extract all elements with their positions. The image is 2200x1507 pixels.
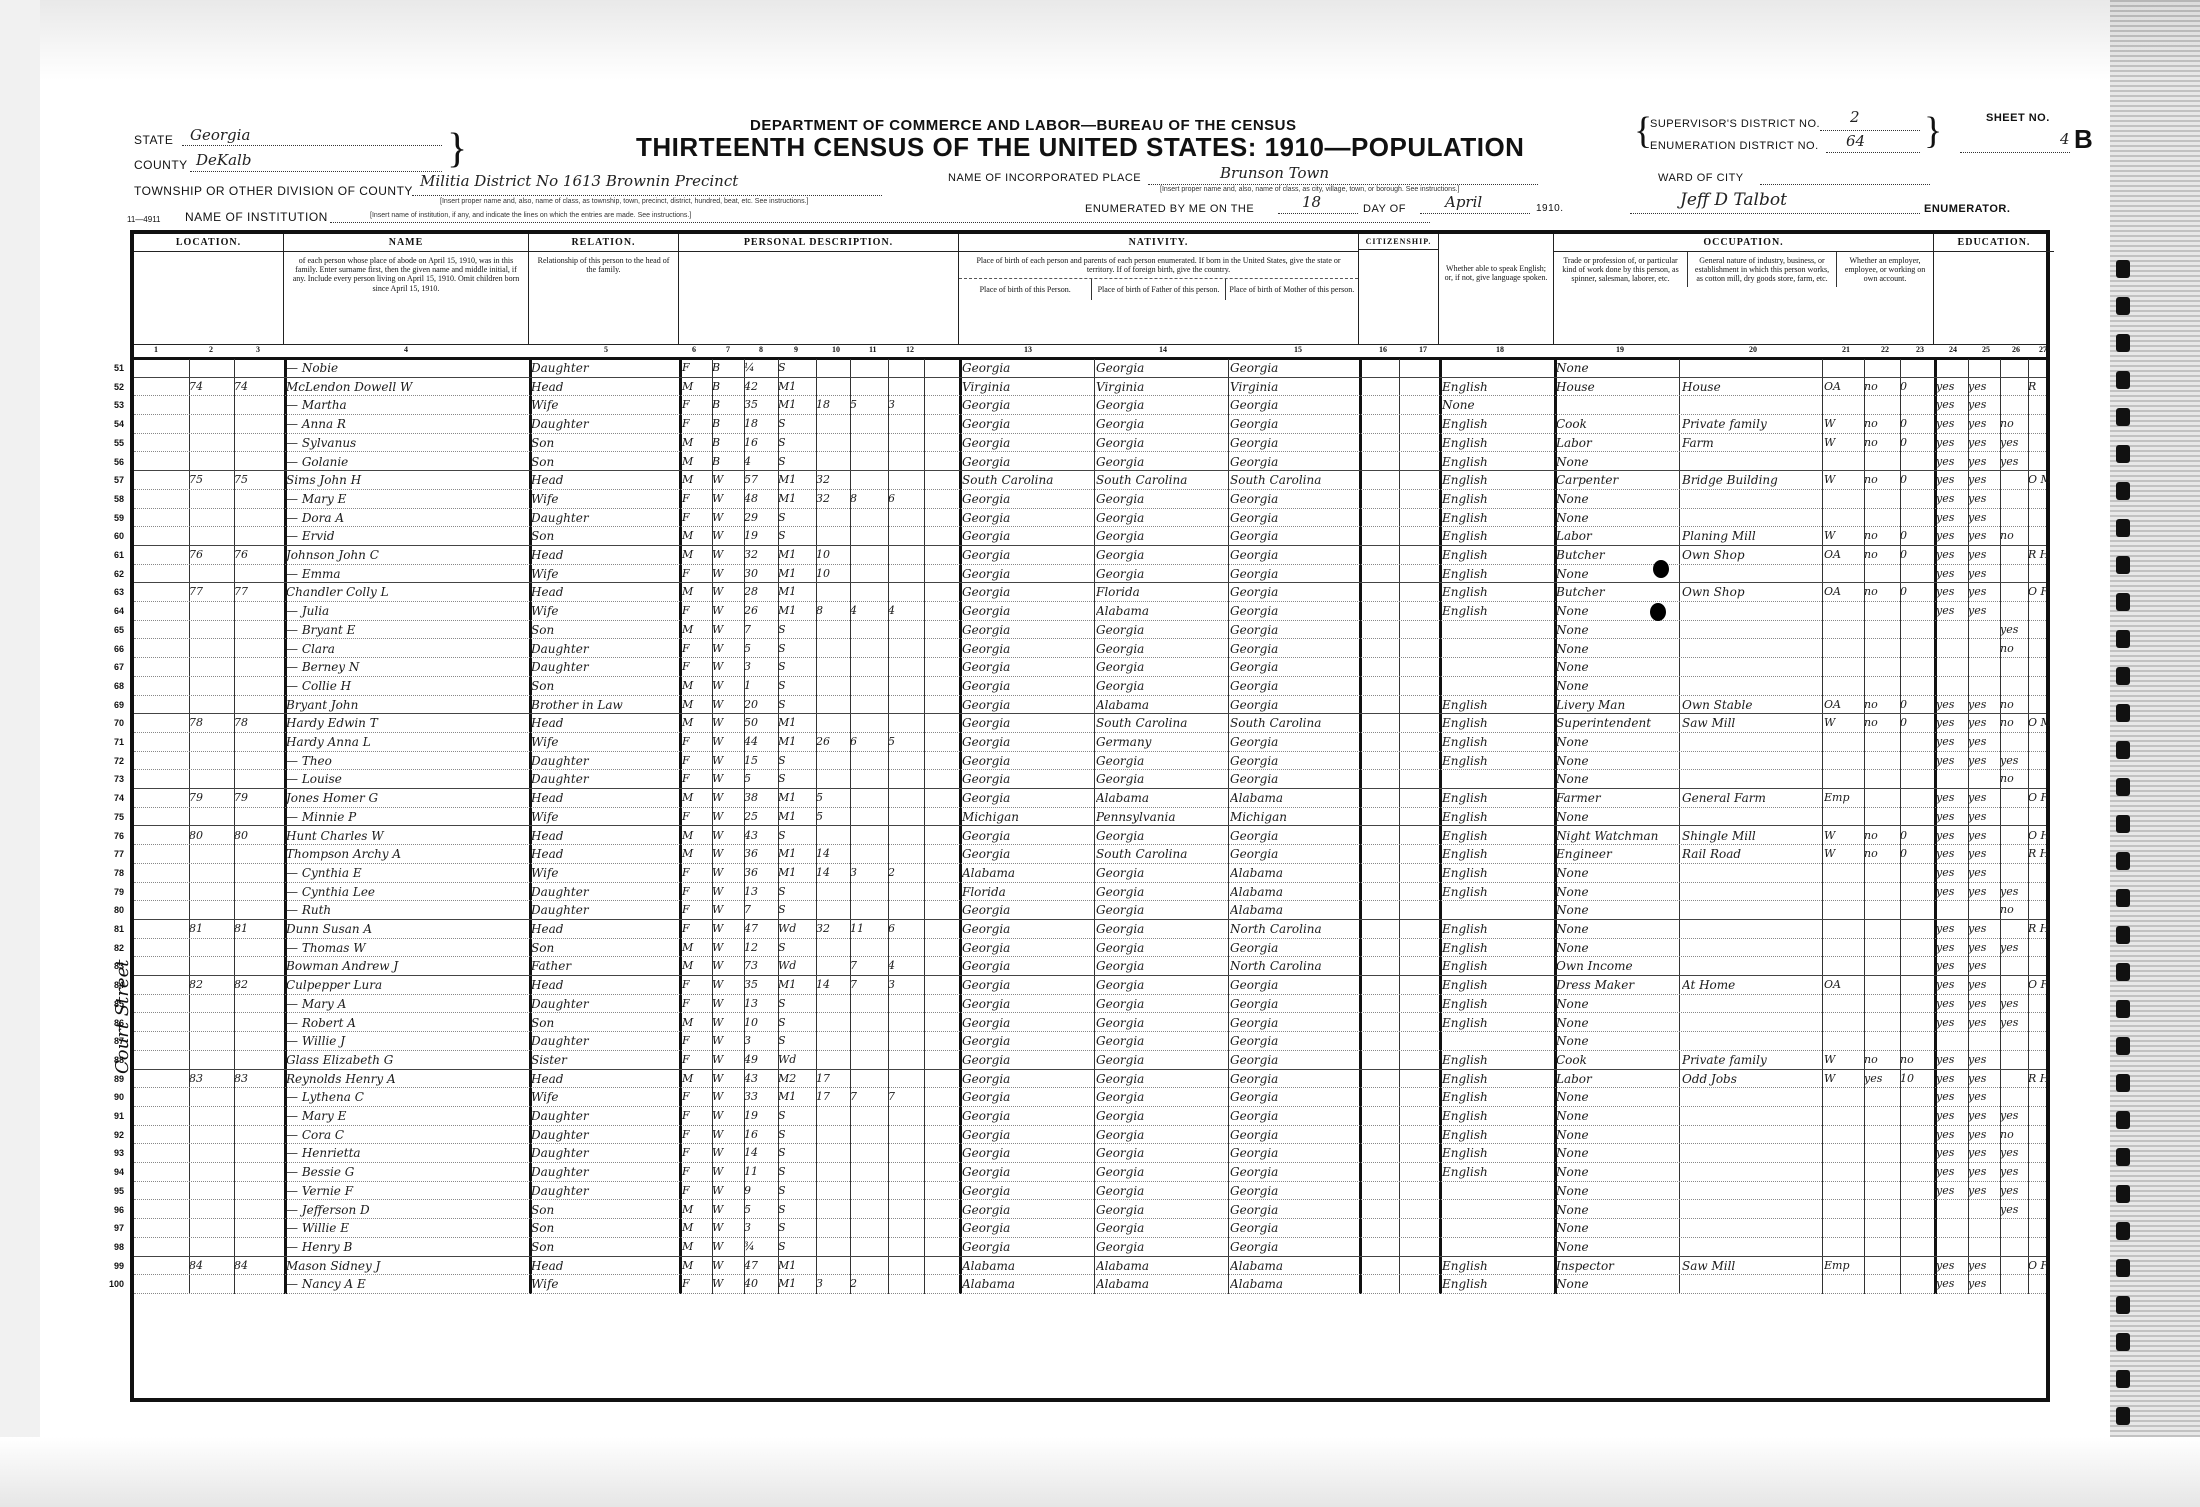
cell-out: no [1864,415,1898,433]
cell-ind [1682,1201,1820,1219]
cell-born [850,509,886,527]
cell-emp: W [1824,714,1862,732]
cell-lang: English [1442,920,1554,938]
cell-bm: Georgia [1230,640,1358,658]
cell-bm: Georgia [1230,490,1358,508]
cell-fam [234,658,279,676]
cell-name: — Anna R [286,415,526,433]
cell-yrs [816,415,848,433]
line-number: 100 [94,1275,124,1293]
cell-living [888,527,924,545]
cell-dw [189,770,229,788]
cell-write: yes [1968,976,1998,994]
cell-read: yes [1936,527,1966,545]
enumerator-line [1630,213,1920,214]
cell-school [2000,864,2026,882]
cell-race: W [712,602,742,620]
cell-emp [1824,509,1862,527]
cell-bm: Georgia [1230,845,1358,863]
cell-rel: Head [531,827,677,845]
cell-emp [1824,901,1862,919]
cell-read: yes [1936,1144,1966,1162]
cell-wks [1900,901,1932,919]
cell-yrs: 3 [816,1275,848,1293]
sprocket-hole [2116,778,2130,796]
cell-age: 42 [744,378,776,396]
census-row: 55— SylvanusSonMB16SGeorgiaGeorgiaGeorgi… [134,434,2046,453]
line-number: 91 [94,1107,124,1125]
line-number: 89 [94,1070,124,1088]
cell-race: B [712,378,742,396]
cell-name: Chandler Colly L [286,583,526,601]
cell-living [888,415,924,433]
cell-lang: English [1442,733,1554,751]
cell-lang: English [1442,490,1554,508]
cell-born [850,1182,886,1200]
cell-fam [234,864,279,882]
cell-born: 11 [850,920,886,938]
cell-out: no [1864,827,1898,845]
cell-yrs [816,658,848,676]
cell-emp [1824,640,1862,658]
cell-yrs [816,1126,848,1144]
cell-rel: Brother in Law [531,696,677,714]
cell-write: yes [1968,845,1998,863]
cell-bm: Georgia [1230,1107,1358,1125]
census-row: 93— HenriettaDaughterFW14SGeorgiaGeorgia… [134,1144,2046,1163]
cell-rel: Daughter [531,995,677,1013]
cell-dw [189,1182,229,1200]
cell-wks [1900,789,1932,807]
cell-bm: Georgia [1230,546,1358,564]
cell-yrs [816,696,848,714]
cell-ms: S [778,1032,814,1050]
cell-bp: Georgia [962,1051,1092,1069]
cell-rel: Son [531,453,677,471]
cell-race: W [712,939,742,957]
cell-out [1864,995,1898,1013]
cell-name: — Robert A [286,1014,526,1032]
cell-bp: Georgia [962,583,1092,601]
cell-own [2028,1238,2050,1256]
cell-bf: South Carolina [1096,845,1226,863]
cell-ms: S [778,770,814,788]
cell-own [2028,1163,2050,1181]
cell-race: W [712,957,742,975]
cell-read: yes [1936,434,1966,452]
cell-ms: Wd [778,1051,814,1069]
cell-fam [234,602,279,620]
census-row: 56— GolanieSonMB4SGeorgiaGeorgiaGeorgiaE… [134,453,2046,472]
cell-fam [234,696,279,714]
sprocket-hole [2116,630,2130,648]
cell-bf: Georgia [1096,1032,1226,1050]
ink-blot [1650,603,1666,621]
cell-bm: Georgia [1230,939,1358,957]
cell-trade: None [1556,939,1678,957]
cell-yrs [816,359,848,377]
cell-bf: Georgia [1096,1051,1226,1069]
cell-name: Johnson John C [286,546,526,564]
cell-name: Hardy Edwin T [286,714,526,732]
census-row: 100— Nancy A EWifeFW40M132AlabamaAlabama… [134,1275,2046,1294]
cell-emp [1824,1032,1862,1050]
cell-ind [1682,565,1820,583]
cell-fam [234,434,279,452]
sprocket-hole [2116,926,2130,944]
cell-fam [234,1051,279,1069]
cell-dw [189,527,229,545]
line-number: 92 [94,1126,124,1144]
census-row: 98— Henry BSonMW¾SGeorgiaGeorgiaGeorgiaN… [134,1238,2046,1257]
cell-out [1864,490,1898,508]
cell-bf: Alabama [1096,789,1226,807]
cell-yrs [816,1219,848,1237]
line-number: 65 [94,621,124,639]
cell-trade: None [1556,1201,1678,1219]
cell-lang: English [1442,714,1554,732]
cell-read: yes [1936,714,1966,732]
cell-school [2000,1051,2026,1069]
cell-read: yes [1936,845,1966,863]
cell-bf: Georgia [1096,1107,1226,1125]
cell-ms: S [778,658,814,676]
cell-sex: M [682,434,710,452]
cell-sex: F [682,396,710,414]
cell-read: yes [1936,1126,1966,1144]
cell-school: yes [2000,883,2026,901]
header-language: Whether able to speak English; or, if no… [1439,234,1554,344]
cell-bp: Georgia [962,770,1092,788]
cell-read: yes [1936,378,1966,396]
cell-school [2000,471,2026,489]
sprocket-hole [2116,1148,2130,1166]
cell-lang: English [1442,883,1554,901]
cell-yrs: 26 [816,733,848,751]
cell-wks [1900,565,1932,583]
cell-race: W [712,1163,742,1181]
cell-trade: Dress Maker [1556,976,1678,994]
cell-dw [189,1126,229,1144]
cell-out: no [1864,527,1898,545]
line-number: 88 [94,1051,124,1069]
sprocket-hole [2116,1222,2130,1240]
cell-out: no [1864,583,1898,601]
census-row: 71Hardy Anna LWifeFW44M12665GeorgiaGerma… [134,733,2046,752]
cell-fam [234,1107,279,1125]
cell-ind [1682,1238,1820,1256]
cell-emp: W [1824,1051,1862,1069]
cell-age: 7 [744,621,776,639]
cell-school [2000,920,2026,938]
cell-ms: S [778,1182,814,1200]
cell-yrs: 32 [816,490,848,508]
line-number: 73 [94,770,124,788]
cell-read: yes [1936,1182,1966,1200]
cell-bm: Georgia [1230,1238,1358,1256]
cell-own [2028,621,2050,639]
cell-bp: Georgia [962,696,1092,714]
cell-race: W [712,1107,742,1125]
census-row: 998484Mason Sidney JHeadMW47M1AlabamaAla… [134,1257,2046,1276]
census-row: 527474McLendon Dowell WHeadMB42M1Virgini… [134,378,2046,397]
cell-bm: Alabama [1230,1275,1358,1293]
cell-yrs [816,677,848,695]
cell-out [1864,640,1898,658]
census-row: 898383Reynolds Henry AHeadMW43M217Georgi… [134,1070,2046,1089]
header-education: EDUCATION. [1934,234,2054,344]
census-row: 97— Willie ESonMW3SGeorgiaGeorgiaGeorgia… [134,1219,2046,1238]
cell-bm: South Carolina [1230,471,1358,489]
cell-write: yes [1968,509,1998,527]
cell-school: no [2000,901,2026,919]
cell-living [888,1275,924,1293]
cell-living [888,845,924,863]
cell-dw [189,1201,229,1219]
cell-lang: English [1442,939,1554,957]
cell-dw [189,939,229,957]
cell-read: yes [1936,490,1966,508]
cell-ms: Wd [778,957,814,975]
cell-dw [189,1238,229,1256]
line-number: 59 [94,509,124,527]
cell-age: 9 [744,1182,776,1200]
cell-rel: Head [531,789,677,807]
cell-ms: M2 [778,1070,814,1088]
institution-line [330,222,1430,223]
cell-wks [1900,1088,1932,1106]
cell-race: W [712,714,742,732]
column-number: 19 [1616,345,1624,354]
cell-rel: Daughter [531,359,677,377]
cell-fam [234,1275,279,1293]
cell-wks [1900,1126,1932,1144]
state-value: Georgia [190,126,250,144]
cell-sex: M [682,714,710,732]
cell-emp: W [1824,527,1862,545]
cell-rel: Head [531,976,677,994]
cell-sex: F [682,808,710,826]
cell-race: W [712,789,742,807]
cell-own [2028,939,2050,957]
cell-bm: Georgia [1230,509,1358,527]
cell-living [888,995,924,1013]
census-row: 96— Jefferson DSonMW5SGeorgiaGeorgiaGeor… [134,1201,2046,1220]
cell-race: W [712,527,742,545]
cell-born [850,1238,886,1256]
enumeration-district-value: 64 [1846,132,1865,150]
cell-trade: None [1556,733,1678,751]
cell-read: yes [1936,1014,1966,1032]
cell-emp [1824,1126,1862,1144]
cell-age: 20 [744,696,776,714]
cell-yrs [816,583,848,601]
cell-lang: English [1442,845,1554,863]
enumerator-signature: Jeff D Talbot [1680,190,1787,210]
cell-school [2000,976,2026,994]
cell-trade: Own Income [1556,957,1678,975]
cell-ind [1682,453,1820,471]
cell-read: yes [1936,1088,1966,1106]
cell-trade: Farmer [1556,789,1678,807]
cell-lang: English [1442,1014,1554,1032]
cell-born [850,827,886,845]
cell-fam [234,490,279,508]
cell-write: yes [1968,565,1998,583]
cell-race: W [712,883,742,901]
census-row: 78— Cynthia EWifeFW36M11432AlabamaGeorgi… [134,864,2046,883]
cell-fam [234,1163,279,1181]
cell-trade: None [1556,1126,1678,1144]
cell-age: 49 [744,1051,776,1069]
cell-out [1864,1032,1898,1050]
cell-born [850,901,886,919]
cell-read: yes [1936,471,1966,489]
cell-fam [234,621,279,639]
cell-write: yes [1968,752,1998,770]
incorporated-line [1148,184,1538,185]
cell-emp [1824,920,1862,938]
cell-bf: Georgia [1096,995,1226,1013]
census-row: 85— Mary ADaughterFW13SGeorgiaGeorgiaGeo… [134,995,2046,1014]
cell-wks: 0 [1900,583,1932,601]
cell-bp: Georgia [962,1219,1092,1237]
line-number: 58 [94,490,124,508]
cell-ind [1682,1144,1820,1162]
cell-fam [234,1088,279,1106]
column-number: 5 [604,345,608,354]
cell-wks [1900,864,1932,882]
cell-name: — Ervid [286,527,526,545]
cell-age: 48 [744,490,776,508]
cell-fam [234,808,279,826]
cell-living [888,939,924,957]
cell-born [850,677,886,695]
cell-trade: Livery Man [1556,696,1678,714]
cell-yrs: 10 [816,546,848,564]
sheet-line [1960,152,2070,153]
cell-ind: Rail Road [1682,845,1820,863]
cell-bf: Georgia [1096,509,1226,527]
scan-top-edge [0,0,2200,80]
cell-lang: English [1442,415,1554,433]
census-row: 58— Mary EWifeFW48M13286GeorgiaGeorgiaGe… [134,490,2046,509]
cell-wks [1900,602,1932,620]
cell-race: W [712,509,742,527]
cell-sex: M [682,1219,710,1237]
cell-write: yes [1968,827,1998,845]
cell-sex: F [682,565,710,583]
cell-out [1864,901,1898,919]
cell-write: yes [1968,696,1998,714]
cell-yrs: 14 [816,976,848,994]
sprocket-hole [2116,1407,2130,1425]
cell-age: 18 [744,415,776,433]
header-employer: Whether an employer, employee, or workin… [1837,252,1933,287]
enumerated-day-line [1278,213,1358,214]
cell-rel: Son [531,1014,677,1032]
cell-dw: 75 [189,471,229,489]
cell-bp: Georgia [962,1201,1092,1219]
cell-living [888,827,924,845]
cell-ms: M1 [778,1275,814,1293]
cell-born [850,621,886,639]
cell-write: yes [1968,583,1998,601]
line-number: 85 [94,995,124,1013]
cell-rel: Daughter [531,752,677,770]
cell-living [888,453,924,471]
cell-age: 1 [744,677,776,695]
cell-born [850,789,886,807]
cell-emp: W [1824,415,1862,433]
cell-age: ¼ [744,359,776,377]
cell-born: 7 [850,1088,886,1106]
cell-ind [1682,939,1820,957]
cell-own [2028,770,2050,788]
cell-ind [1682,677,1820,695]
cell-born [850,1051,886,1069]
cell-ms: M1 [778,714,814,732]
cell-own: O F H [2028,583,2050,601]
cell-name: — Mary A [286,995,526,1013]
cell-trade: None [1556,640,1678,658]
cell-read: yes [1936,1051,1966,1069]
cell-trade: None [1556,883,1678,901]
cell-ind [1682,490,1820,508]
sprocket-hole [2116,297,2130,315]
cell-fam [234,1032,279,1050]
cell-ind: Saw Mill [1682,714,1820,732]
institution-instructions: [Insert name of institution, if any, and… [370,212,691,219]
cell-ind: Private family [1682,1051,1820,1069]
cell-ms: S [778,621,814,639]
cell-born [850,640,886,658]
cell-dw [189,1144,229,1162]
cell-wks [1900,976,1932,994]
cell-school [2000,546,2026,564]
cell-ind [1682,770,1820,788]
cell-born [850,415,886,433]
cell-bf: Georgia [1096,546,1226,564]
cell-emp: OA [1824,583,1862,601]
cell-age: 3 [744,1032,776,1050]
cell-name: — Mary E [286,490,526,508]
township-label: TOWNSHIP OR OTHER DIVISION OF COUNTY [134,184,413,198]
cell-write [1968,770,1998,788]
cell-out [1864,621,1898,639]
cell-write: yes [1968,808,1998,826]
cell-own [2028,434,2050,452]
cell-age: 73 [744,957,776,975]
cell-ind [1682,1219,1820,1237]
cell-trade: Engineer [1556,845,1678,863]
cell-ind: Own Shop [1682,546,1820,564]
cell-living [888,808,924,826]
census-row: 91— Mary EDaughterFW19SGeorgiaGeorgiaGeo… [134,1107,2046,1126]
cell-ind: Private family [1682,415,1820,433]
line-number: 51 [94,359,124,377]
cell-rel: Daughter [531,1163,677,1181]
cell-ms: M1 [778,808,814,826]
cell-age: 30 [744,565,776,583]
cell-living: 5 [888,733,924,751]
cell-trade [1556,396,1678,414]
cell-ms: S [778,434,814,452]
cell-race: W [712,864,742,882]
census-row: 617676Johnson John CHeadMW32M110GeorgiaG… [134,546,2046,565]
cell-living [888,883,924,901]
sprocket-hole [2116,741,2130,759]
